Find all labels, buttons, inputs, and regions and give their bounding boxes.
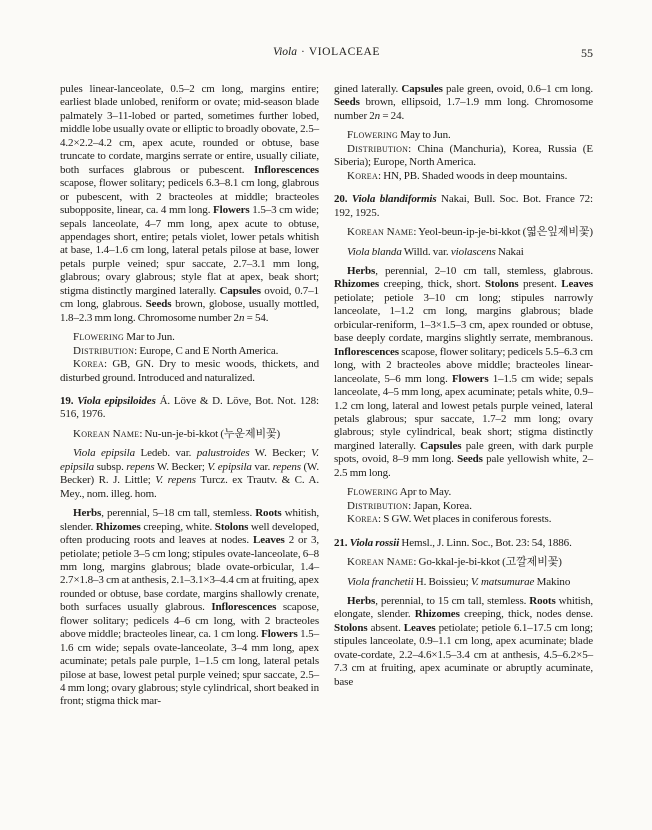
text-run: Flowers (213, 204, 250, 216)
text-run: subsp. (94, 461, 126, 473)
text-run: Distribution (73, 345, 134, 357)
paragraph-continuation: gined laterally. Capsules pale green, ov… (334, 83, 593, 123)
text-run: Leaves (253, 534, 285, 546)
text-run: Seeds (457, 453, 483, 465)
text-run: Herbs (347, 265, 375, 277)
text-run: W. Becker; (155, 461, 208, 473)
text-run: : Yeol-beun-ip-je-bi-kkot (엷은잎제비꽃) (413, 226, 593, 238)
text-run: : S GW. Wet places in coniferous forests… (378, 513, 551, 525)
text-run: Viola blanda (347, 246, 402, 258)
text-run: = 54. (244, 312, 268, 324)
text-run: gined laterally. (334, 83, 401, 95)
paragraph-continuation: pules linear-lanceolate, 0.5–2 cm long, … (60, 83, 319, 325)
text-run: Stolons (215, 521, 249, 533)
text-run: Nakai (496, 246, 524, 258)
text-run: Flowers (261, 628, 298, 640)
text-run: Hemsl., J. Linn. Soc., Bot. 23: 54, 1886… (399, 537, 572, 549)
text-run: Rhizomes (96, 521, 141, 533)
text-run: creeping, white. (141, 521, 215, 533)
habitat-note: Distribution: Japan, Korea. (334, 500, 593, 513)
text-run: Mar to Jun. (124, 331, 175, 343)
habitat-note: Korea: HN, PB. Shaded woods in deep moun… (334, 170, 593, 183)
text-run: Flowering (347, 129, 398, 141)
species-heading: 20. Viola blandiformis Nakai, Bull. Soc.… (334, 193, 593, 220)
page-number: 55 (581, 46, 593, 61)
text-run: Roots (529, 595, 555, 607)
running-title-family: VIOLACEAE (309, 46, 380, 58)
text-run: Ledeb. var. (135, 447, 197, 459)
text-run: : Japan, Korea. (408, 500, 472, 512)
species-heading: 19. Viola epipsiloides Á. Löve & D. Löve… (60, 395, 319, 422)
text-run: Leaves (561, 278, 593, 290)
synonymy: Viola epipsila Ledeb. var. palustroides … (60, 447, 319, 501)
text-run: violascens (451, 246, 496, 258)
text-run: Viola epipsila (73, 447, 135, 459)
text-run: var. (252, 461, 273, 473)
text-run: present. (519, 278, 562, 290)
habitat-note: Distribution: China (Manchuria), Korea, … (334, 143, 593, 170)
text-run: Viola epipsiloides (77, 395, 156, 407)
text-run: repens (273, 461, 301, 473)
habitat-note: Flowering Apr to May. (334, 486, 593, 499)
habitat-note: Korea: GB, GN. Dry to mesic woods, thick… (60, 358, 319, 385)
text-run: Apr to May. (398, 486, 451, 498)
text-run: , perennial, 5–18 cm tall, stemless. (101, 507, 255, 519)
text-run: Flowering (73, 331, 124, 343)
page-header: Viola·VIOLACEAE 55 (60, 46, 593, 62)
text-run: Korean Name (347, 556, 413, 568)
text-run: 19. (60, 395, 77, 407)
text-run: V. epipsila (207, 461, 251, 473)
text-run: Capsules (220, 285, 261, 297)
text-run: repens (126, 461, 154, 473)
text-run: Viola rossii (350, 537, 399, 549)
text-run: Inflorescences (254, 164, 319, 176)
text-run: : Go-kkal-je-bi-kkot (고깔제비꽃) (413, 556, 562, 568)
text-run: Seeds (146, 298, 172, 310)
synonymy: Viola blanda Willd. var. violascens Naka… (334, 246, 593, 259)
text-run: Herbs (347, 595, 375, 607)
text-run: Capsules (401, 83, 442, 95)
text-run: = 24. (380, 110, 404, 122)
species-heading: 21. Viola rossii Hemsl., J. Linn. Soc., … (334, 537, 593, 550)
korean-name: Korean Name: Go-kkal-je-bi-kkot (고깔제비꽃) (334, 556, 593, 569)
korean-name: Korean Name: Nu-un-je-bi-kkot (누운제비꽃) (60, 428, 319, 441)
text-run: V. repens (155, 474, 196, 486)
left-column: pules linear-lanceolate, 0.5–2 cm long, … (60, 83, 319, 709)
text-run: W. Becker; (250, 447, 312, 459)
text-run: pules linear-lanceolate, 0.5–2 cm long, … (60, 83, 319, 176)
text-run: Capsules (420, 440, 461, 452)
habitat-note: Flowering Mar to Jun. (60, 331, 319, 344)
habitat-note: Korea: S GW. Wet places in coniferous fo… (334, 513, 593, 526)
habitat-note: Flowering May to Jun. (334, 129, 593, 142)
text-run: Rhizomes (334, 278, 379, 290)
text-run: , perennial, to 15 cm tall, stemless. (375, 595, 529, 607)
text-run: 20. (334, 193, 352, 205)
text-run: 1.5–3 cm wide; sepals lanceolate, 4–7 mm… (60, 204, 319, 297)
text-run: Stolons (334, 622, 368, 634)
species-description: Herbs, perennial, to 15 cm tall, stemles… (334, 595, 593, 689)
text-run: Flowers (452, 373, 489, 385)
text-run: V. matsumurae (471, 576, 535, 588)
text-run: May to Jun. (398, 129, 451, 141)
text-run: Korea (73, 358, 104, 370)
species-description: Herbs, perennial, 5–18 cm tall, stemless… (60, 507, 319, 709)
text-run: Distribution (347, 143, 408, 155)
synonymy: Viola franchetii H. Boissieu; V. matsumu… (334, 576, 593, 589)
text-run: brown, ellipsoid, 1.7–1.9 mm long. Chrom… (334, 96, 593, 121)
text-run: petiolate; petiole 3–10 cm long; stipule… (334, 292, 593, 344)
text-body: pules linear-lanceolate, 0.5–2 cm long, … (60, 83, 593, 709)
text-run: : Europe, C and E North America. (134, 345, 278, 357)
document-page: Viola·VIOLACEAE 55 pules linear-lanceola… (0, 0, 652, 830)
species-description: Herbs, perennial, 2–10 cm tall, stemless… (334, 265, 593, 480)
text-run: Korea (347, 513, 378, 525)
text-run: 21. (334, 537, 350, 549)
text-run: creeping, thick, nodes dense. (460, 608, 593, 620)
text-run: creeping, thick, short. (379, 278, 485, 290)
text-run: Roots (255, 507, 281, 519)
text-run: pale green, ovoid, 0.6–1 cm long. (443, 83, 593, 95)
text-run: Distribution (347, 500, 408, 512)
text-run: Viola franchetii (347, 576, 414, 588)
text-run: Flowering (347, 486, 398, 498)
text-run: Korea (347, 170, 378, 182)
text-run: Herbs (73, 507, 101, 519)
text-run: Willd. var. (402, 246, 451, 258)
text-run: absent. (368, 622, 404, 634)
text-run: Korean Name (73, 428, 139, 440)
text-run: Rhizomes (415, 608, 460, 620)
text-run: Stolons (485, 278, 519, 290)
text-run: palustroides (197, 447, 250, 459)
text-run: : HN, PB. Shaded woods in deep mountains… (378, 170, 567, 182)
text-run: Inflorescences (334, 346, 399, 358)
running-title-separator: · (297, 46, 309, 58)
text-run: Korean Name (347, 226, 413, 238)
text-run: , perennial, 2–10 cm tall, stemless, gla… (375, 265, 593, 277)
habitat-note: Distribution: Europe, C and E North Amer… (60, 345, 319, 358)
text-run: Makino (534, 576, 570, 588)
text-run: Viola blandiformis (352, 193, 437, 205)
korean-name: Korean Name: Yeol-beun-ip-je-bi-kkot (엷은… (334, 226, 593, 239)
text-run: Leaves (404, 622, 436, 634)
right-column: gined laterally. Capsules pale green, ov… (334, 83, 593, 689)
text-run: H. Boissieu; (414, 576, 471, 588)
running-title: Viola·VIOLACEAE (273, 46, 380, 58)
text-run: Seeds (334, 96, 360, 108)
running-title-genus: Viola (273, 46, 297, 58)
text-run: : Nu-un-je-bi-kkot (누운제비꽃) (139, 428, 280, 440)
text-run: Inflorescences (211, 601, 276, 613)
